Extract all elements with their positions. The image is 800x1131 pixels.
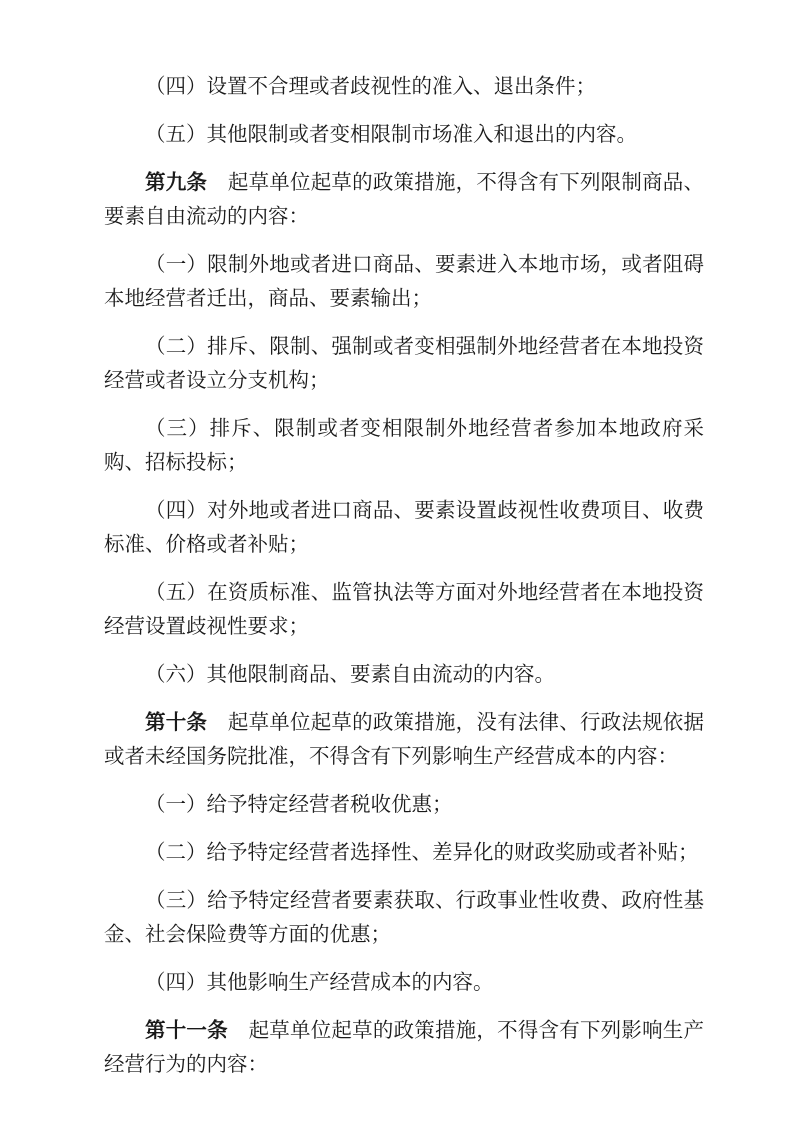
article-number: 第十条 [145, 712, 207, 734]
paragraph-text: （五）其他限制或者变相限制市场准入和退出的内容。 [145, 124, 637, 146]
article-number: 第十一条 [145, 1020, 228, 1042]
clause-paragraph: （一）限制外地或者进口商品、要素进入本地市场，或者阻碍本地经营者迁出，商品、要素… [104, 248, 704, 316]
clause-paragraph: （四）对外地或者进口商品、要素设置歧视性收费项目、收费标准、价格或者补贴； [104, 494, 704, 562]
clause-paragraph: （三）排斥、限制或者变相限制外地经营者参加本地政府采购、招标投标； [104, 412, 704, 480]
paragraph-text: （一）给予特定经营者税收优惠； [145, 794, 453, 816]
clause-paragraph: （二）给予特定经营者选择性、差异化的财政奖励或者补贴； [104, 836, 704, 870]
paragraph-text: （二）排斥、限制、强制或者变相强制外地经营者在本地投资经营或者设立分支机构； [104, 336, 704, 392]
clause-paragraph: （三）给予特定经营者要素获取、行政事业性收费、政府性基金、社会保险费等方面的优惠… [104, 884, 704, 952]
article-number: 第九条 [145, 172, 207, 194]
clause-paragraph: （五）在资质标准、监管执法等方面对外地经营者在本地投资经营设置歧视性要求； [104, 576, 704, 644]
paragraph-text: （三）排斥、限制或者变相限制外地经营者参加本地政府采购、招标投标； [104, 418, 704, 474]
clause-paragraph: （二）排斥、限制、强制或者变相强制外地经营者在本地投资经营或者设立分支机构； [104, 330, 704, 398]
paragraph-text: （四）对外地或者进口商品、要素设置歧视性收费项目、收费标准、价格或者补贴； [104, 500, 704, 556]
paragraph-text: （六）其他限制商品、要素自由流动的内容。 [145, 664, 555, 686]
paragraph-text: （五）在资质标准、监管执法等方面对外地经营者在本地投资经营设置歧视性要求； [104, 582, 704, 638]
paragraph-text: （四）设置不合理或者歧视性的准入、退出条件； [145, 76, 596, 98]
clause-paragraph: （一）给予特定经营者税收优惠； [104, 788, 704, 822]
document-page: （四）设置不合理或者歧视性的准入、退出条件；（五）其他限制或者变相限制市场准入和… [0, 0, 800, 1131]
clause-paragraph: （四）其他影响生产经营成本的内容。 [104, 966, 704, 1000]
clause-paragraph: （四）设置不合理或者歧视性的准入、退出条件； [104, 70, 704, 104]
clause-paragraph: （六）其他限制商品、要素自由流动的内容。 [104, 658, 704, 692]
article-heading-paragraph: 第九条 起草单位起草的政策措施，不得含有下列限制商品、要素自由流动的内容： [104, 166, 704, 234]
clause-paragraph: （五）其他限制或者变相限制市场准入和退出的内容。 [104, 118, 704, 152]
article-heading-paragraph: 第十一条 起草单位起草的政策措施，不得含有下列影响生产经营行为的内容： [104, 1014, 704, 1082]
paragraph-text: （二）给予特定经营者选择性、差异化的财政奖励或者补贴； [145, 842, 699, 864]
article-heading-paragraph: 第十条 起草单位起草的政策措施，没有法律、行政法规依据或者未经国务院批准，不得含… [104, 706, 704, 774]
paragraph-text: （四）其他影响生产经营成本的内容。 [145, 972, 494, 994]
paragraph-text: （一）限制外地或者进口商品、要素进入本地市场，或者阻碍本地经营者迁出，商品、要素… [104, 254, 704, 310]
paragraph-text: （三）给予特定经营者要素获取、行政事业性收费、政府性基金、社会保险费等方面的优惠… [104, 890, 704, 946]
document-content: （四）设置不合理或者歧视性的准入、退出条件；（五）其他限制或者变相限制市场准入和… [104, 70, 704, 1082]
